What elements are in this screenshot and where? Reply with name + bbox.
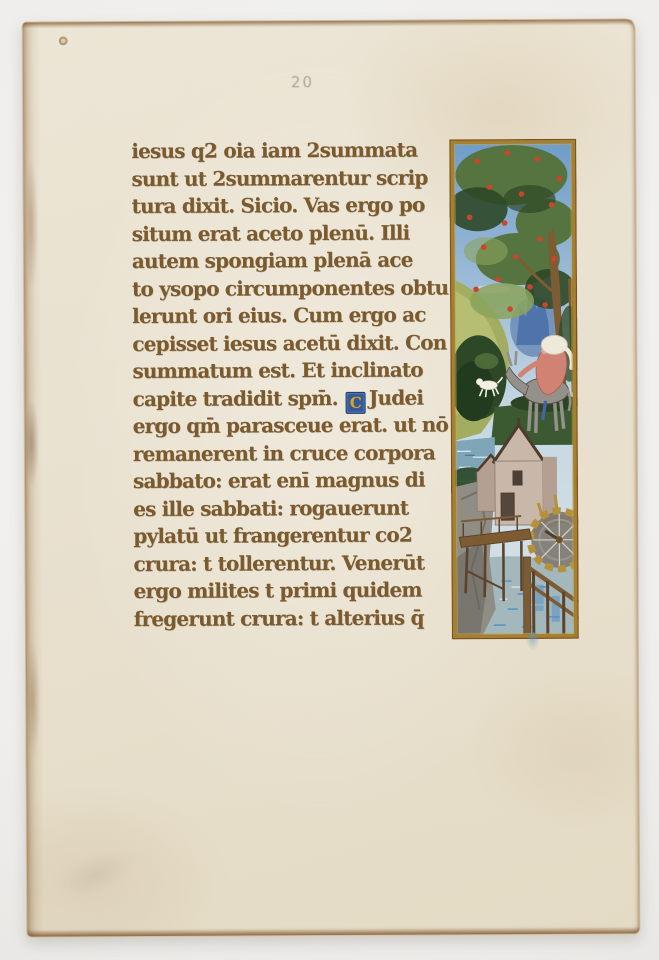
illuminated-initial: C: [346, 391, 366, 413]
text-line: ergo qm̄ parasceue erat. ut nō: [133, 411, 459, 440]
text-line: tura dixit. Sicio. Vas ergo po: [132, 191, 458, 220]
text-line: pylatū ut frangerentur co2: [133, 521, 459, 550]
text-line: capite tradidit spm̄. CJudei: [133, 384, 459, 413]
top-edge-stain: [23, 19, 635, 28]
gutter-stain: [23, 23, 45, 937]
text-line: ergo milites t primi quidem: [134, 576, 460, 605]
text-line: autem spongiam plenā ace: [132, 246, 458, 275]
text-line: situm erat aceto plenū. Illi: [132, 219, 458, 248]
folio-number: 20: [291, 73, 314, 91]
text-line: summatum est. Et inclinato: [132, 356, 458, 385]
text-line: sabbato: erat enī magnus di: [133, 466, 459, 495]
manuscript-leaf: 20 iesus q2 oia iam 2summatasunt ut 2sum…: [22, 18, 641, 937]
miniature-watermill-scene: [449, 139, 579, 640]
wormhole: [59, 36, 68, 45]
faint-inscription-smudge: [51, 839, 145, 907]
text-line: to ysopo circumponentes obtu: [132, 274, 458, 303]
text-line: cepisset iesus acetū dixit. Con: [132, 329, 458, 358]
text-line: fregerunt crura: t alterius q̄: [134, 604, 460, 633]
text-line: iesus q2 oia iam 2summata: [131, 136, 457, 165]
text-line: lerunt ori eius. Cum ergo ac: [132, 301, 458, 330]
text-line: crura: t tollerentur. Venerūt: [133, 549, 459, 578]
text-line: sunt ut 2summarentur scrip: [131, 164, 457, 193]
text-line: remanerent in cruce corpora: [133, 439, 459, 468]
text-block: iesus q2 oia iam 2summatasunt ut 2summar…: [131, 136, 460, 633]
bottom-edge-stain: [27, 926, 639, 936]
text-line: es ille sabbati: rogauerunt: [133, 494, 459, 523]
blue-paint-drip: [526, 632, 540, 650]
